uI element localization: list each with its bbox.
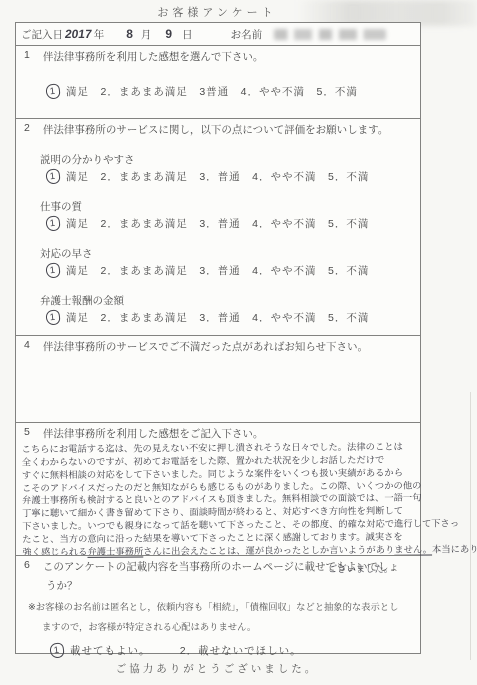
question-5-number: 5 [24, 426, 30, 441]
thank-you-footer: ご協力ありがとうございました。 [15, 661, 419, 676]
question-1: 1 伴法律事務所を利用した感想を選んで下さい。 1 満足 2．まあまあ満足 3普… [16, 45, 420, 118]
rating-item-clarity: 説明の分かりやすさ 1 満足 2．まあまあ満足 3．普通 4．やや不満 5．不満 [40, 152, 420, 184]
year-suffix-label: 年 [94, 27, 105, 42]
rating-item-label: 弁護士報酬の金額 [40, 293, 420, 308]
header-row: ご記入日 2017 年 8 月 9 日 お名前 [16, 23, 420, 45]
circled-answer-value: 1 [53, 645, 61, 657]
circled-answer-value: 1 [49, 86, 57, 98]
rating-item-options-text: 満足 2．まあまあ満足 3．普通 4．やや不満 5．不満 [66, 310, 369, 325]
rating-item-options-text: 満足 2．まあまあ満足 3．普通 4．やや不満 5．不満 [66, 216, 369, 231]
rating-item-label: 対応の早さ [40, 246, 420, 261]
rating-item-options: 1 満足 2．まあまあ満足 3．普通 4．やや不満 5．不満 [40, 263, 420, 278]
circled-answer-value: 1 [49, 171, 57, 183]
form-title: お客様アンケート [15, 4, 419, 20]
survey-form: ご記入日 2017 年 8 月 9 日 お名前 1 伴法律事務所を利用した感想を… [15, 22, 421, 654]
question-1-text: 伴法律事務所を利用した感想を選んで下さい。 [43, 49, 264, 64]
question-1-options: 1 満足 2．まあまあ満足 3普通 4．やや不満 5．不満 [16, 84, 420, 99]
question-6-number: 6 [24, 559, 30, 574]
date-month-handwritten: 8 [126, 27, 133, 41]
day-suffix-label: 日 [182, 27, 193, 42]
circled-answer-mark: 1 [45, 215, 61, 232]
question-4-text-row: 4 伴法律事務所のサービスでご不満だった点があればお知らせ下さい。 [16, 336, 420, 354]
rating-item-options: 1 満足 2．まあまあ満足 3．普通 4．やや不満 5．不満 [40, 310, 420, 325]
question-2-text: 伴法律事務所のサービスに関し，以下の点について評価をお願いします。 [43, 122, 388, 137]
circled-answer-mark: 1 [45, 168, 61, 185]
question-4: 4 伴法律事務所のサービスでご不満だった点があればお知らせ下さい。 [16, 335, 420, 422]
question-6: 6 このアンケートの記載内容を当事務所のホームページに載せてもよいでしょ ござい… [16, 555, 420, 653]
rating-item-label: 仕事の質 [40, 199, 420, 214]
month-suffix-label: 月 [141, 27, 152, 42]
question-2: 2 伴法律事務所のサービスに関し，以下の点について評価をお願いします。 説明の分… [16, 118, 420, 335]
question-5-text-row: 5 伴法律事務所を利用した感想をご記入下さい。 [16, 423, 420, 441]
rating-item-label: 説明の分かりやすさ [40, 152, 420, 167]
answer-line-9-part: 本当にありがとう [432, 544, 477, 555]
rating-item-options-text: 満足 2．まあまあ満足 3．普通 4．やや不満 5．不満 [66, 263, 369, 278]
question-1-number: 1 [24, 49, 30, 64]
handwritten-answer-overflow: ございました。 [328, 561, 393, 575]
rating-item-work-quality: 仕事の質 1 満足 2．まあまあ満足 3．普通 4．やや不満 5．不満 [40, 199, 420, 231]
scan-artifact-edge [470, 392, 471, 660]
question-5: 5 伴法律事務所を利用した感想をご記入下さい。 こちらにお電話する迄は、先の見え… [16, 422, 420, 555]
question-6-options: 1 載せてもよい。 2．載せないでほしい。 [16, 643, 420, 658]
question-1-text-row: 1 伴法律事務所を利用した感想を選んで下さい。 [16, 46, 420, 64]
anonymity-note-line1: ※お客様のお名前は匿名とし，依頼内容も「相続」，「債権回収」などと抽象的な表示と… [28, 599, 420, 613]
question-2-number: 2 [24, 122, 30, 137]
rating-item-options: 1 満足 2．まあまあ満足 3．普通 4．やや不満 5．不満 [40, 216, 420, 231]
circled-answer-mark: 1 [49, 642, 65, 659]
circled-answer-mark: 1 [45, 262, 61, 279]
question-2-text-row: 2 伴法律事務所のサービスに関し，以下の点について評価をお願いします。 [16, 119, 420, 137]
answer-line-9-underlined: ません。 [394, 544, 432, 554]
question-5-text: 伴法律事務所を利用した感想をご記入下さい。 [43, 426, 264, 441]
customer-name-redacted [274, 29, 386, 40]
question-1-options-text: 満足 2．まあまあ満足 3普通 4．やや不満 5．不満 [66, 84, 358, 99]
rating-item-attorney-fees: 弁護士報酬の金額 1 満足 2．まあまあ満足 3．普通 4．やや不満 5．不満 [40, 293, 420, 325]
date-day-handwritten: 9 [165, 27, 172, 41]
name-label: お名前 [231, 27, 263, 42]
circled-answer-value: 1 [49, 265, 57, 277]
circled-answer-mark: 1 [45, 83, 61, 100]
handwritten-answer: こちらにお電話する迄は、先の見えない不安に押し潰されそうな日々でした。法律のこと… [16, 440, 421, 559]
question-4-text: 伴法律事務所のサービスでご不満だった点があればお知らせ下さい。 [43, 339, 368, 354]
question-4-number: 4 [24, 339, 30, 354]
circled-answer-mark: 1 [45, 309, 61, 326]
circled-answer-value: 1 [49, 312, 57, 324]
rating-item-options: 1 満足 2．まあまあ満足 3．普通 4．やや不満 5．不満 [40, 169, 420, 184]
anonymity-note-line2: ますので，お客様が特定される心配はありません。 [42, 619, 420, 633]
rating-item-options-text: 満足 2．まあまあ満足 3．普通 4．やや不満 5．不満 [66, 169, 369, 184]
question-6-text-line2: うか？ [16, 578, 420, 593]
date-label: ご記入日 [21, 27, 63, 42]
question-6-options-text: 載せてもよい。 2．載せないでほしい。 [70, 643, 302, 658]
date-year-handwritten: 2017 [64, 27, 93, 41]
circled-answer-value: 1 [49, 218, 57, 230]
rating-item-response-speed: 対応の早さ 1 満足 2．まあまあ満足 3．普通 4．やや不満 5．不満 [40, 246, 420, 278]
